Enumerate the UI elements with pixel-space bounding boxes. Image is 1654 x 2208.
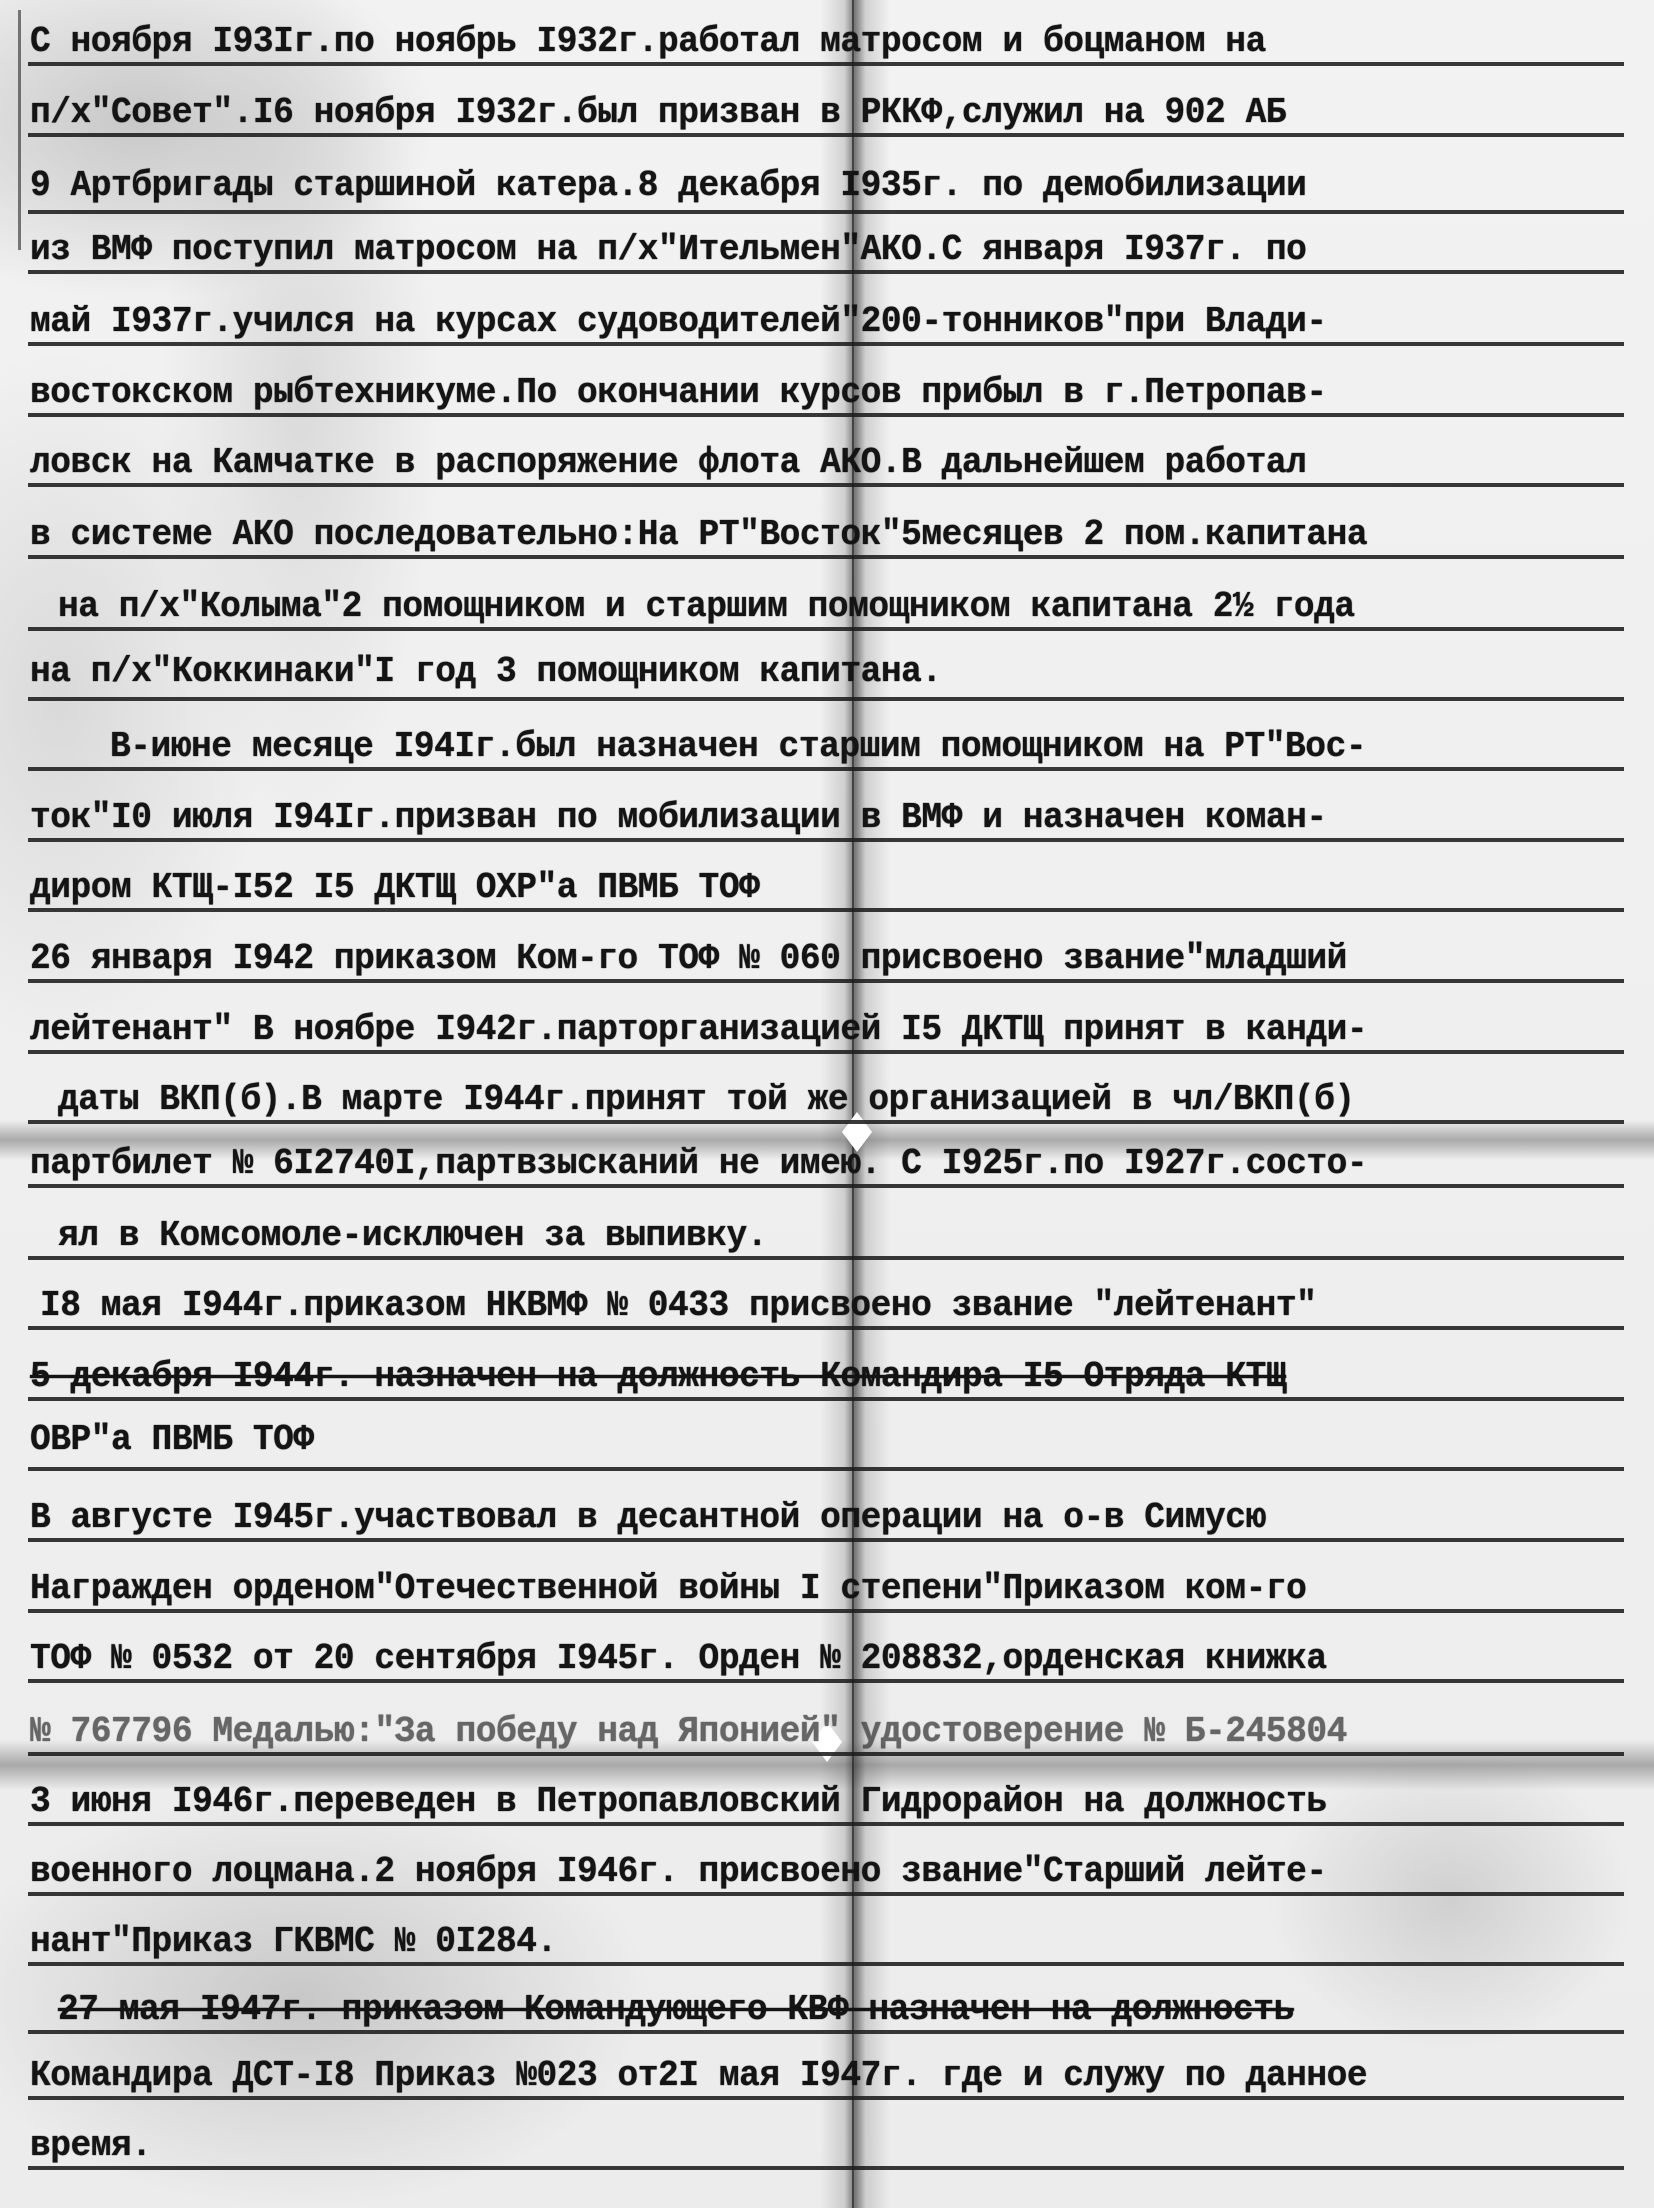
ruled-line bbox=[28, 1679, 1624, 1683]
text-line: военного лоцмана.2 ноября I946г. присвое… bbox=[30, 1852, 1327, 1892]
text-line: № 767796 Медалью:"За победу над Японией"… bbox=[30, 1712, 1347, 1752]
text-line: 9 Артбригады старшиной катера.8 декабря … bbox=[30, 166, 1306, 206]
text-line: на п/х"Колыма"2 помощником и старшим пом… bbox=[58, 587, 1355, 627]
ruled-line bbox=[28, 133, 1624, 137]
ruled-line bbox=[28, 342, 1624, 346]
text-line: Награжден орденом"Отечественной войны I … bbox=[30, 1569, 1306, 1609]
text-line: партбилет № 6I2740I,партвзысканий не име… bbox=[30, 1144, 1367, 1184]
ruled-line bbox=[28, 697, 1624, 701]
text-line: нант"Приказ ГКВМС № 0I284. bbox=[30, 1922, 557, 1962]
text-line: С ноября I93Iг.по ноябрь I932г.работал м… bbox=[30, 22, 1266, 62]
text-line: из ВМФ поступил матросом на п/х"Ительмен… bbox=[30, 230, 1306, 270]
ruled-line bbox=[28, 1256, 1624, 1260]
ruled-line bbox=[28, 1184, 1624, 1188]
text-line: на п/х"Коккинаки"I год 3 помощником капи… bbox=[30, 652, 942, 692]
text-line: 5 декабря I944г. назначен на должность К… bbox=[30, 1357, 1286, 1397]
ruled-line bbox=[28, 1326, 1624, 1330]
ruled-line bbox=[28, 1050, 1624, 1054]
text-line: ТОФ № 0532 от 20 сентября I945г. Орден №… bbox=[30, 1639, 1327, 1679]
ruled-line bbox=[28, 1892, 1624, 1896]
left-margin-mark bbox=[18, 10, 21, 250]
ruled-line bbox=[28, 1609, 1624, 1613]
text-line: время. bbox=[30, 2126, 152, 2166]
text-line: востокском рыбтехникуме.По окончании кур… bbox=[30, 373, 1327, 413]
text-line: В августе I945г.участвовал в десантной о… bbox=[30, 1498, 1266, 1538]
ruled-line bbox=[28, 2096, 1624, 2100]
ruled-line bbox=[28, 1538, 1624, 1542]
text-line: май I937г.учился на курсах судоводителей… bbox=[30, 302, 1327, 342]
text-line: в системе АКО последовательно:На РТ"Вост… bbox=[30, 515, 1367, 555]
text-line: 26 января I942 приказом Ком-го ТОФ № 060… bbox=[30, 939, 1347, 979]
ruled-line bbox=[28, 979, 1624, 983]
text-line: В-июне месяце I94Iг.был назначен старшим… bbox=[110, 727, 1366, 767]
ruled-line bbox=[28, 1467, 1624, 1471]
ruled-line bbox=[28, 838, 1624, 842]
text-line: 3 июня I946г.переведен в Петропавловский… bbox=[30, 1782, 1327, 1822]
text-line: ловск на Камчатке в распоряжение флота А… bbox=[30, 443, 1306, 483]
ruled-line bbox=[28, 2166, 1624, 2170]
ruled-line bbox=[28, 2030, 1624, 2034]
ruled-line bbox=[28, 1822, 1624, 1826]
text-line: ток"I0 июля I94Iг.призван по мобилизации… bbox=[30, 798, 1327, 838]
text-line: 27 мая I947г. приказом Командующего КВФ … bbox=[58, 1990, 1294, 2030]
text-line: ял в Комсомоле-исключен за выпивку. bbox=[58, 1216, 767, 1256]
text-line: диром КТЩ-I52 I5 ДКТЩ ОХР"а ПВМБ ТОФ bbox=[30, 868, 759, 908]
ruled-line bbox=[28, 270, 1624, 274]
ruled-line bbox=[28, 555, 1624, 559]
ruled-line bbox=[28, 483, 1624, 487]
text-line: лейтенант" В ноябре I942г.парторганизаци… bbox=[30, 1010, 1367, 1050]
ruled-line bbox=[28, 1120, 1624, 1124]
ruled-line bbox=[28, 1962, 1624, 1966]
ruled-line bbox=[28, 1752, 1624, 1756]
ruled-line bbox=[28, 413, 1624, 417]
ruled-line bbox=[28, 908, 1624, 912]
text-line: даты ВКП(б).В марте I944г.принят той же … bbox=[58, 1080, 1355, 1120]
ruled-line bbox=[28, 1397, 1624, 1401]
text-line: Командира ДСТ-I8 Приказ №023 от2I мая I9… bbox=[30, 2056, 1367, 2096]
ruled-line bbox=[28, 627, 1624, 631]
text-line: ОВР"а ПВМБ ТОФ bbox=[30, 1420, 314, 1460]
text-line: п/х"Совет".I6 ноября I932г.был призван в… bbox=[30, 93, 1286, 133]
ruled-line bbox=[28, 767, 1624, 771]
text-line: I8 мая I944г.приказом НКВМФ № 0433 присв… bbox=[40, 1286, 1316, 1326]
ruled-line bbox=[28, 210, 1624, 214]
ruled-line bbox=[28, 62, 1624, 66]
